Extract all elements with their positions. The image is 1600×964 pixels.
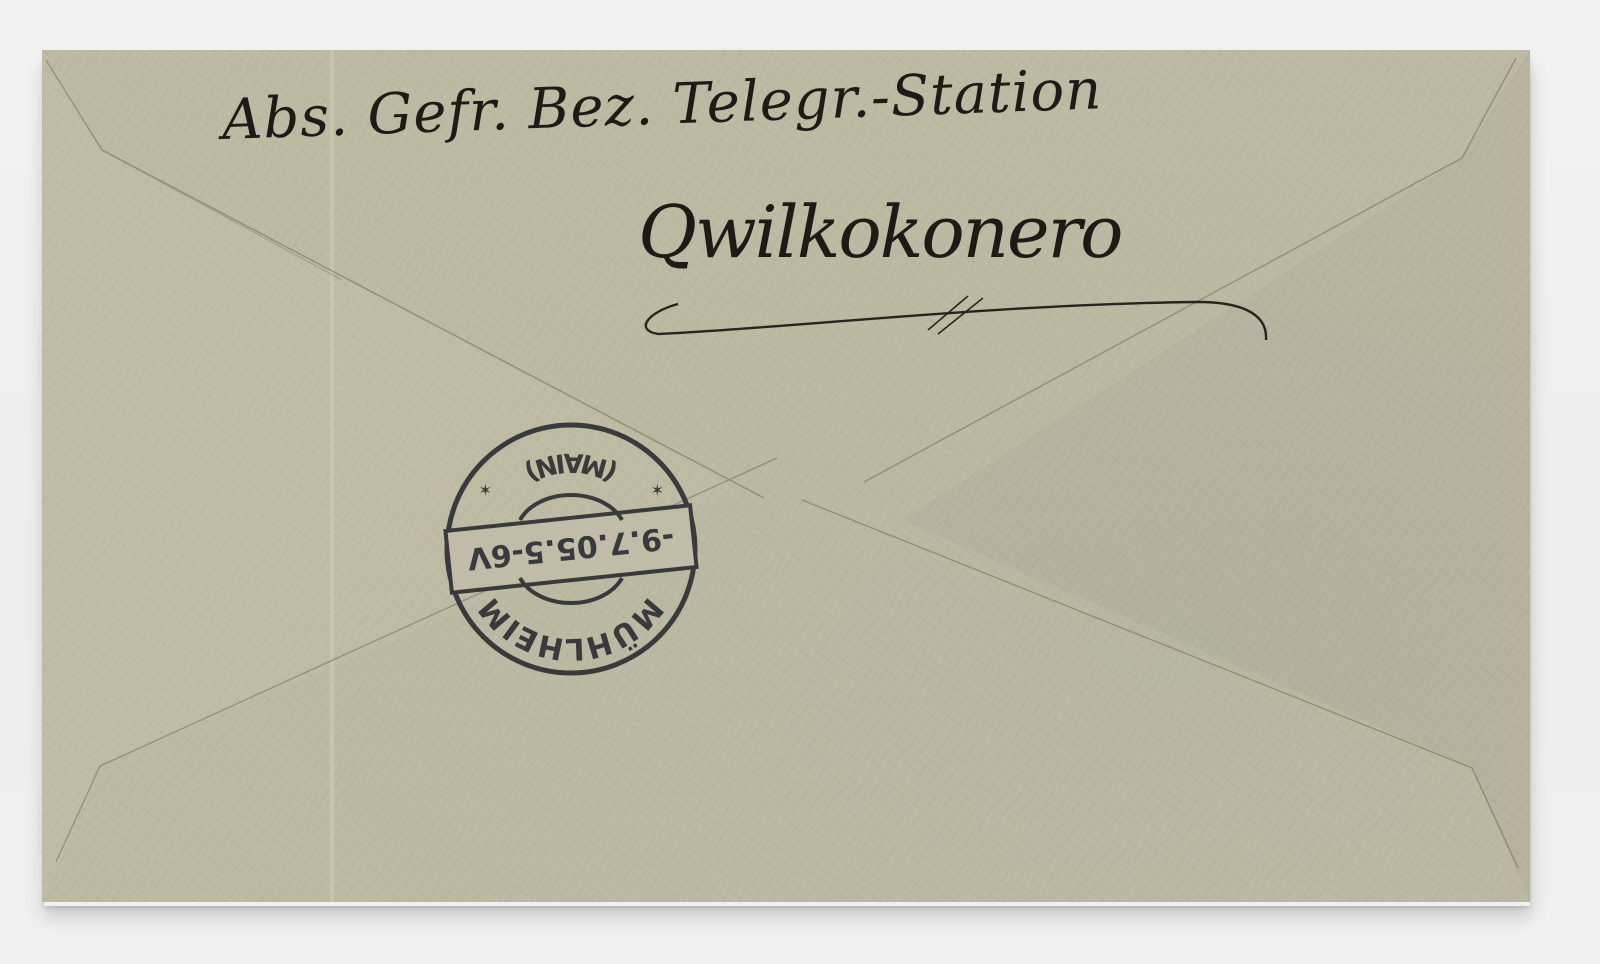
signature-underline-flourish — [638, 290, 1278, 350]
postmark-star-left: ✶ — [651, 480, 664, 499]
postmark-star-right: ✶ — [479, 480, 492, 499]
envelope-back: Abs. Gefr. Bez. Telegr.-Station Qwilkoko… — [42, 50, 1530, 902]
envelope-flap-lines — [42, 50, 1530, 902]
sender-name-handwriting: Qwilkokonero — [638, 190, 1121, 274]
postmark-region: (MAIN) — [519, 447, 622, 488]
postmark-stamp: MÜHLHEIM (MAIN) -9.7.05.5-6V ✶ ✶ — [440, 418, 702, 680]
